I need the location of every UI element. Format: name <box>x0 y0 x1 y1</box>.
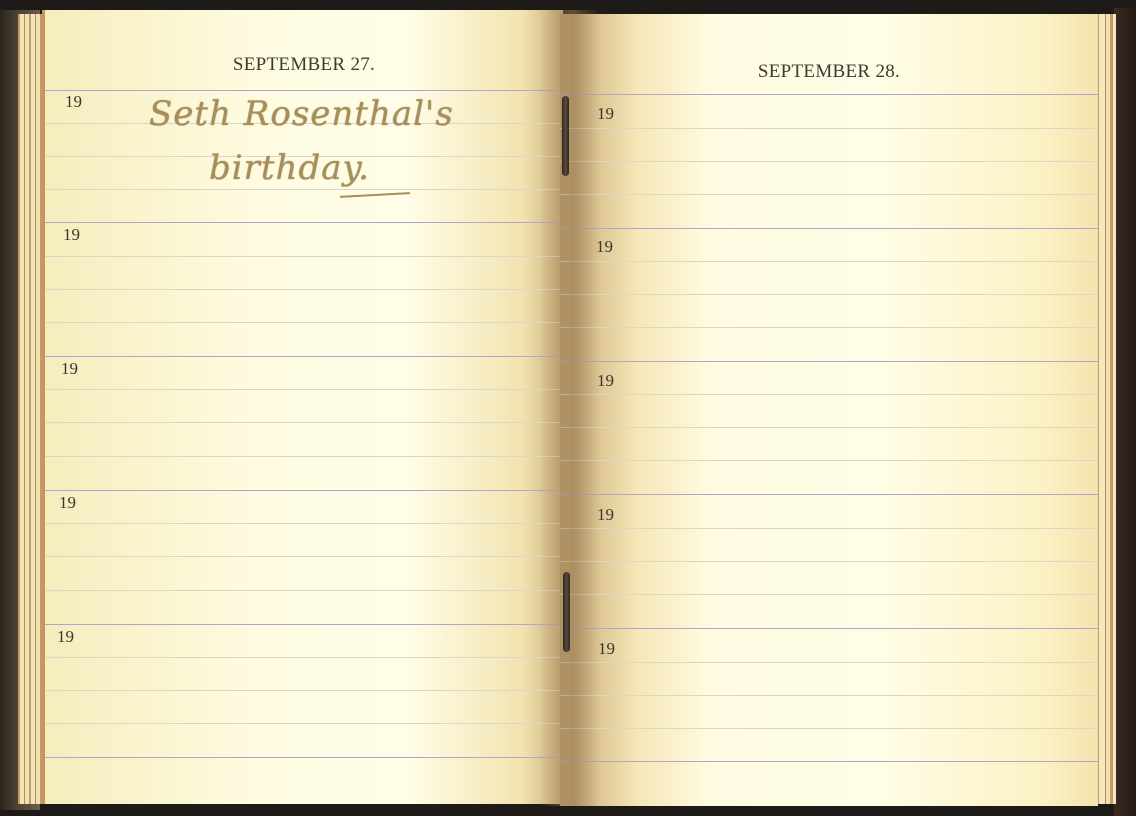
ruled-line <box>45 456 563 457</box>
ruled-line <box>560 695 1098 696</box>
page-heading-date: SEPTEMBER 28. <box>560 61 1098 83</box>
ruled-line <box>45 690 563 691</box>
ruled-line <box>45 422 563 423</box>
ruled-line <box>560 728 1098 729</box>
ruled-line <box>45 389 563 390</box>
ruled-line <box>45 256 563 257</box>
page-edges-left <box>18 14 44 804</box>
ruled-line <box>560 427 1098 428</box>
entry-divider <box>45 757 563 758</box>
ruled-line <box>560 128 1098 129</box>
ruled-line <box>45 189 563 190</box>
ruled-line <box>560 294 1098 295</box>
ruled-line <box>45 523 563 524</box>
entry-divider <box>45 356 563 357</box>
ruled-line <box>560 394 1098 395</box>
year-label: 19 <box>597 371 614 391</box>
ruled-line <box>560 261 1098 262</box>
ruled-line <box>560 161 1098 162</box>
year-label: 19 <box>597 104 614 124</box>
ruled-line <box>560 327 1098 328</box>
year-label: 19 <box>598 639 615 659</box>
ruled-line <box>45 556 563 557</box>
handwritten-note-line1: Seth Rosenthal's <box>149 94 454 134</box>
handwritten-underline <box>340 192 410 198</box>
year-label: 19 <box>59 493 76 513</box>
entry-divider <box>560 361 1098 362</box>
handwritten-note-line2: birthday. <box>209 148 370 188</box>
ruled-line <box>45 322 563 323</box>
ruled-line <box>560 194 1098 195</box>
ruled-line <box>45 590 563 591</box>
year-label: 19 <box>65 92 82 112</box>
year-label: 19 <box>63 225 80 245</box>
year-label: 19 <box>597 505 614 525</box>
entry-divider <box>560 228 1098 229</box>
entry-divider <box>560 94 1098 95</box>
entry-divider <box>560 628 1098 629</box>
ruled-line <box>560 460 1098 461</box>
page-heading-date: SEPTEMBER 27. <box>45 54 563 76</box>
entry-divider <box>560 761 1098 762</box>
entry-divider <box>560 494 1098 495</box>
entry-divider <box>45 624 563 625</box>
entry-divider <box>45 490 563 491</box>
year-label: 19 <box>596 237 613 257</box>
ruled-line <box>45 723 563 724</box>
ruled-line <box>45 289 563 290</box>
staple-top <box>562 96 569 176</box>
page-edges-right <box>1096 14 1116 804</box>
diary-page-right: SEPTEMBER 28. 19 19 19 19 19 <box>560 14 1098 806</box>
staple-bottom <box>563 572 570 652</box>
ruled-line <box>560 662 1098 663</box>
ruled-line <box>560 594 1098 595</box>
diary-page-left: SEPTEMBER 27. 19 Seth Rosenthal's birthd… <box>42 10 563 804</box>
year-label: 19 <box>61 359 78 379</box>
ruled-line <box>560 561 1098 562</box>
year-label: 19 <box>57 627 74 647</box>
entry-divider <box>45 222 563 223</box>
ruled-line <box>45 657 563 658</box>
book-cover-right <box>1114 8 1136 816</box>
ruled-line <box>560 528 1098 529</box>
entry-divider <box>45 90 563 91</box>
